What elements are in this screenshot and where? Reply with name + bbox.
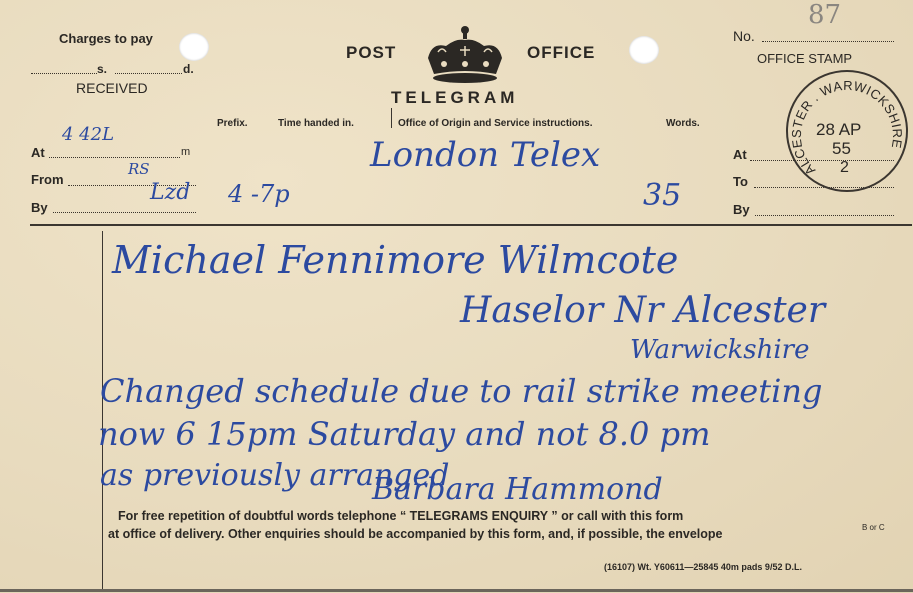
by-line-left <box>53 212 196 213</box>
shillings-line <box>31 73 97 74</box>
at-label-right: At <box>733 147 747 162</box>
addressee-name: Michael Fennimore Wilmcote <box>112 238 678 282</box>
punch-hole-right <box>629 36 659 64</box>
left-margin-rule <box>102 231 103 591</box>
notice-line-1: For free repetition of doubtful words te… <box>118 509 683 523</box>
shillings-suffix: s. <box>97 62 107 76</box>
postmark-year: 55 <box>832 139 851 159</box>
office-of-origin-column-label: Office of Origin and Service instruction… <box>398 118 592 129</box>
addressee-county: Warwickshire <box>630 335 810 365</box>
pence-suffix: d. <box>183 62 194 76</box>
at-label-left: At <box>31 145 45 160</box>
by-label-left: By <box>31 200 48 215</box>
postmark-number: 2 <box>840 159 849 177</box>
no-label: No. <box>733 28 755 44</box>
by-label-right: By <box>733 202 750 217</box>
postmark-date: 28 AP <box>816 120 861 140</box>
by-line-right <box>755 215 894 216</box>
at-line-left <box>49 157 180 158</box>
notice-line-2: at office of delivery. Other enquiries s… <box>108 527 722 541</box>
telegram-form: Charges to pay s. d. RECEIVED POST OFFIC… <box>0 0 913 593</box>
prefix-mark: Lzd <box>150 180 190 205</box>
words-column-label: Words. <box>666 118 700 129</box>
office-stamp-label: OFFICE STAMP <box>757 51 852 66</box>
addressee-address: Haselor Nr Alcester <box>460 290 825 331</box>
postmark-stamp: ALCESTER . WARWICKSHIRE 28 AP 55 2 <box>786 70 908 192</box>
signature: Barbara Hammond <box>372 472 663 507</box>
time-handed-in-column-label: Time handed in. <box>278 118 354 129</box>
message-line-2: now 6 15pm Saturday and not 8.0 pm <box>98 415 710 453</box>
punch-hole-left <box>179 33 209 61</box>
telegram-title: TELEGRAM <box>391 88 518 108</box>
prefix-column-label: Prefix. <box>217 118 248 129</box>
bottom-edge <box>0 589 913 592</box>
column-divider <box>391 108 392 128</box>
word-count-value: 35 <box>643 178 681 213</box>
received-label: RECEIVED <box>76 80 148 96</box>
form-code: B or C <box>862 523 885 532</box>
from-label: From <box>31 172 64 187</box>
pencil-number: 87 <box>808 0 841 30</box>
post-label: POST <box>346 43 396 63</box>
from-value: RS <box>128 160 150 178</box>
time-handed-in-value: 4 -7p <box>228 180 290 208</box>
at-value: 4 42L <box>62 124 114 145</box>
message-line-1: Changed schedule due to rail strike meet… <box>100 372 822 410</box>
charges-label: Charges to pay <box>59 31 153 46</box>
no-line <box>762 41 894 42</box>
at-suffix: m <box>181 146 190 158</box>
print-info: (16107) Wt. Y60611—25845 40m pads 9/52 D… <box>604 562 802 572</box>
office-label: OFFICE <box>527 43 595 63</box>
crown-icon <box>424 24 506 84</box>
header-separator <box>30 224 912 226</box>
pence-line <box>115 73 182 74</box>
to-label-right: To <box>733 174 748 189</box>
office-of-origin-value: London Telex <box>370 135 600 175</box>
